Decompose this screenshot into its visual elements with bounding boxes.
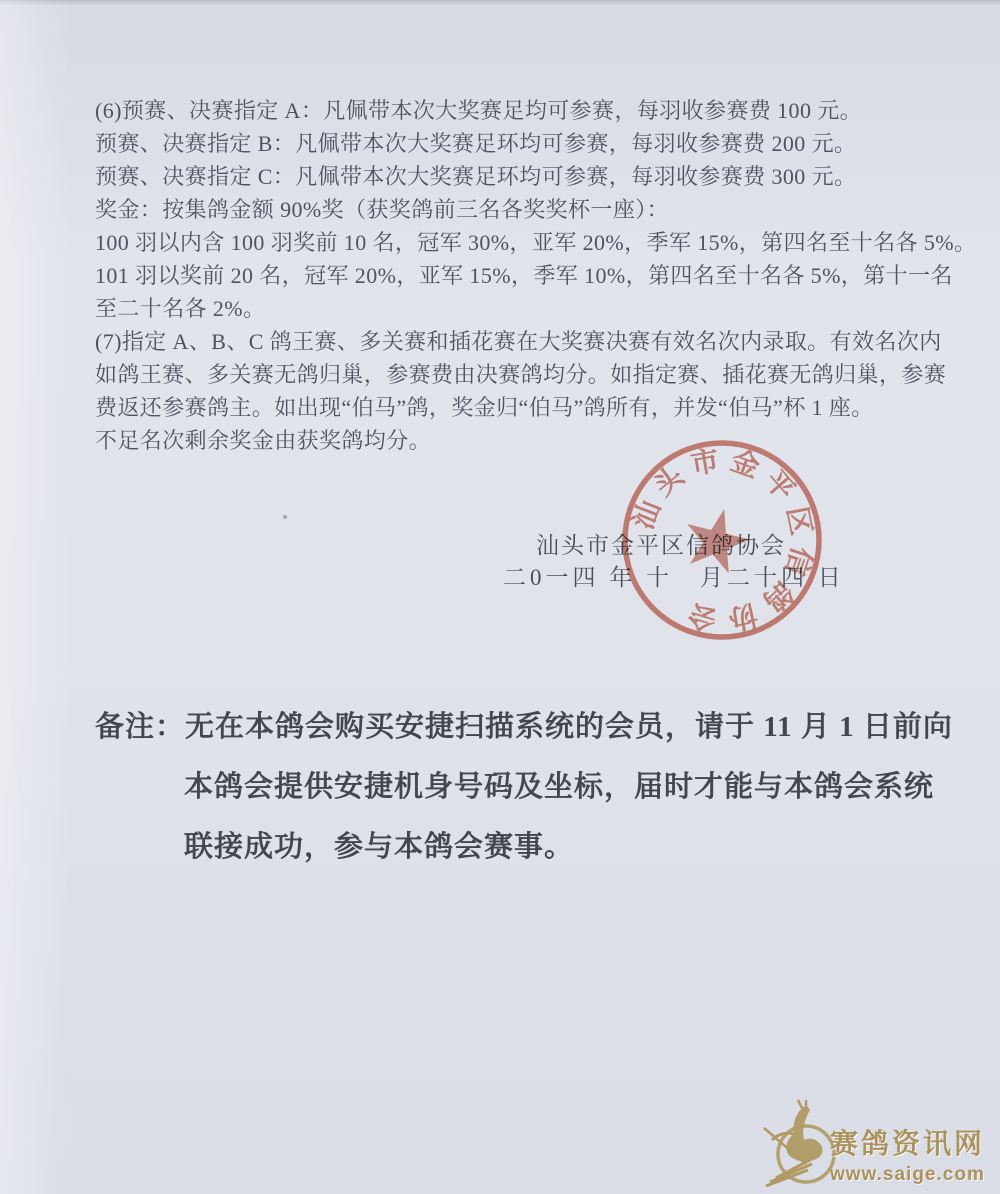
- site-watermark: 赛鸽资讯网 www.saige.com: [750, 1098, 996, 1190]
- watermark-site-name: 赛鸽资讯网: [830, 1122, 985, 1162]
- note-label: 备注：: [95, 711, 185, 743]
- rules-line: 预赛、决赛指定 C：凡佩带本次大奖赛足环均可参赛，每羽收参赛费 300 元。: [95, 160, 935, 193]
- note-line: 备注：无在本鸽会购买安捷扫描系统的会员，请于 11 月 1 日前向: [95, 704, 953, 745]
- rules-line: 101 羽以奖前 20 名，冠军 20%，亚军 15%，季军 10%，第四名至十…: [95, 259, 935, 292]
- pigeon-logo-icon: [750, 1098, 842, 1190]
- seal-star: [678, 501, 756, 576]
- note-text: 无在本鸽会购买安捷扫描系统的会员，请于 11 月 1 日前向: [185, 711, 953, 743]
- rules-line: (7)指定 A、B、C 鸽王赛、多关赛和插花赛在大奖赛决赛有效名次内录取。有效名…: [95, 325, 935, 358]
- note-line: 本鸽会提供安捷机身号码及坐标，届时才能与本鸽会系统: [184, 764, 934, 805]
- scan-edge-shadow: [0, 0, 1000, 5]
- watermark-site-url: www.saige.com: [830, 1164, 985, 1186]
- rules-line: 100 羽以内含 100 羽奖前 10 名，冠军 30%，亚军 20%，季军 1…: [95, 226, 935, 259]
- rules-line: 费返还参赛鸽主。如出现“伯马”鸽，奖金归“伯马”鸽所有，并发“伯马”杯 1 座。: [95, 391, 935, 424]
- official-seal-stamp: 汕头市金平区信鸽协会: [612, 430, 832, 650]
- note-line: 联接成功，参与本鸽会赛事。: [184, 824, 574, 865]
- rules-line: 预赛、决赛指定 B：凡佩带本次大奖赛足环均可参赛，每羽收参赛费 200 元。: [95, 127, 935, 160]
- rules-line: 至二十名各 2%。: [95, 292, 935, 325]
- rules-line: 如鸽王赛、多关赛无鸽归巢，参赛费由决赛鸽均分。如指定赛、插花赛无鸽归巢，参赛: [95, 358, 935, 391]
- rules-text-block: (6)预赛、决赛指定 A：凡佩带本次大奖赛足均可参赛，每羽收参赛费 100 元。…: [95, 94, 935, 457]
- rules-line: 奖金：按集鸽金额 90%奖（获奖鸽前三名各奖奖杯一座）：: [95, 193, 935, 226]
- rules-line: (6)预赛、决赛指定 A：凡佩带本次大奖赛足均可参赛，每羽收参赛费 100 元。: [95, 94, 935, 127]
- scanned-document-page: (6)预赛、决赛指定 A：凡佩带本次大奖赛足均可参赛，每羽收参赛费 100 元。…: [0, 0, 1000, 1194]
- scan-speck: [283, 515, 287, 519]
- scan-left-highlight: [0, 0, 70, 1194]
- watermark-text: 赛鸽资讯网 www.saige.com: [830, 1122, 985, 1186]
